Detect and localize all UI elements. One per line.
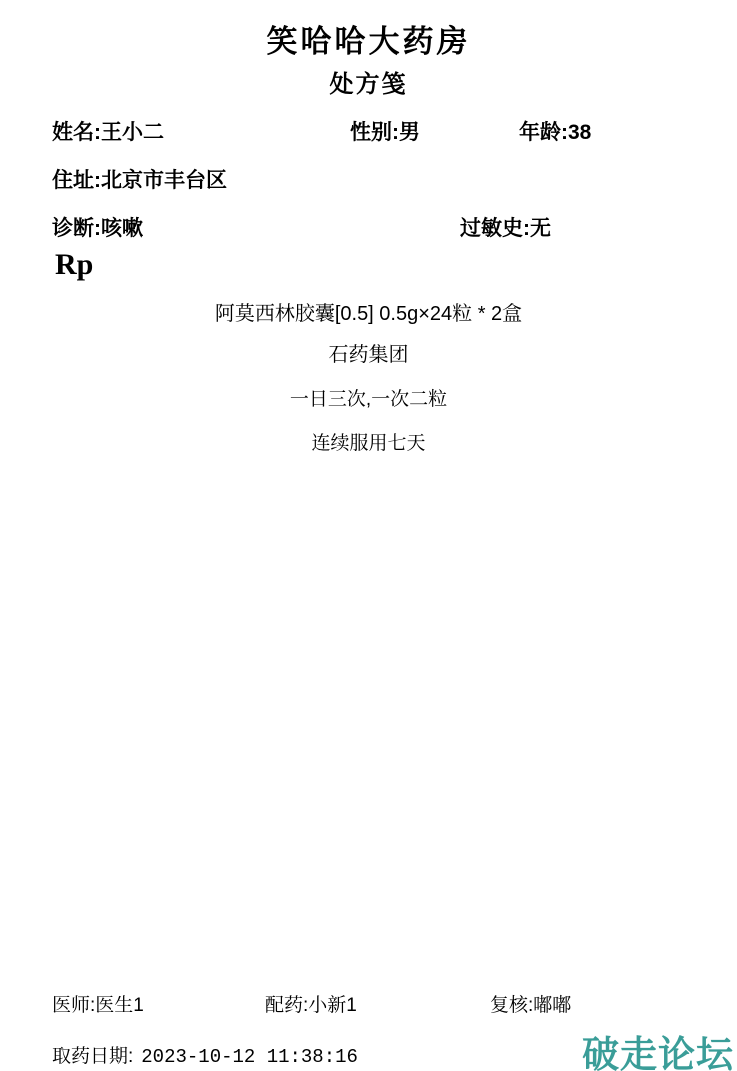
patient-address-label: 住址: <box>52 169 101 192</box>
diagnosis-field: 诊断:咳嗽 <box>52 212 143 242</box>
patient-gender-field: 性别:男 <box>350 116 420 146</box>
document-type-title: 处方笺 <box>0 64 737 99</box>
diagnosis-value: 咳嗽 <box>101 217 143 240</box>
patient-age-value: 38 <box>568 121 591 144</box>
pickup-date-label: 取药日期: <box>52 1046 133 1067</box>
allergy-value: 无 <box>530 217 551 240</box>
pickup-date-field: 取药日期:2023-10-12 11:38:16 <box>52 1041 358 1068</box>
dosage-instruction: 一日三次,一次二粒 <box>0 384 737 411</box>
diagnosis-label: 诊断: <box>52 217 101 240</box>
patient-address-value: 北京市丰台区 <box>101 169 227 192</box>
drug-manufacturer: 石药集团 <box>0 338 737 367</box>
prescription-page: 笑哈哈大药房 处方笺 姓名:王小二 性别:男 年龄:38 住址:北京市丰台区 诊… <box>0 0 737 1071</box>
reviewer-value: 嘟嘟 <box>533 995 571 1016</box>
pickup-date-value: 2023-10-12 11:38:16 <box>141 1046 358 1068</box>
patient-age-label: 年龄: <box>519 121 568 144</box>
physician-field: 医师:医生1 <box>52 990 144 1017</box>
forum-watermark: 破走论坛 <box>582 1024 734 1071</box>
pharmacy-name: 笑哈哈大药房 <box>0 16 737 61</box>
reviewer-label: 复核: <box>490 995 533 1016</box>
patient-name-value: 王小二 <box>101 121 164 144</box>
duration-instruction: 连续服用七天 <box>0 428 737 455</box>
allergy-field: 过敏史:无 <box>460 212 551 242</box>
patient-age-field: 年龄:38 <box>519 116 591 146</box>
physician-value: 医生1 <box>95 995 144 1016</box>
allergy-label: 过敏史: <box>460 217 530 240</box>
patient-gender-label: 性别: <box>350 121 399 144</box>
dispenser-field: 配药:小新1 <box>265 990 357 1017</box>
patient-address-field: 住址:北京市丰台区 <box>52 164 227 194</box>
dispenser-label: 配药: <box>265 995 308 1016</box>
patient-gender-value: 男 <box>399 121 420 144</box>
reviewer-field: 复核:嘟嘟 <box>490 990 571 1017</box>
dispenser-value: 小新1 <box>308 995 357 1016</box>
patient-name-label: 姓名: <box>52 121 101 144</box>
patient-name-field: 姓名:王小二 <box>52 116 164 146</box>
drug-line: 阿莫西林胶囊[0.5] 0.5g×24粒 * 2盒 <box>0 297 737 326</box>
physician-label: 医师: <box>52 995 95 1016</box>
rp-symbol: Rp <box>55 248 93 282</box>
